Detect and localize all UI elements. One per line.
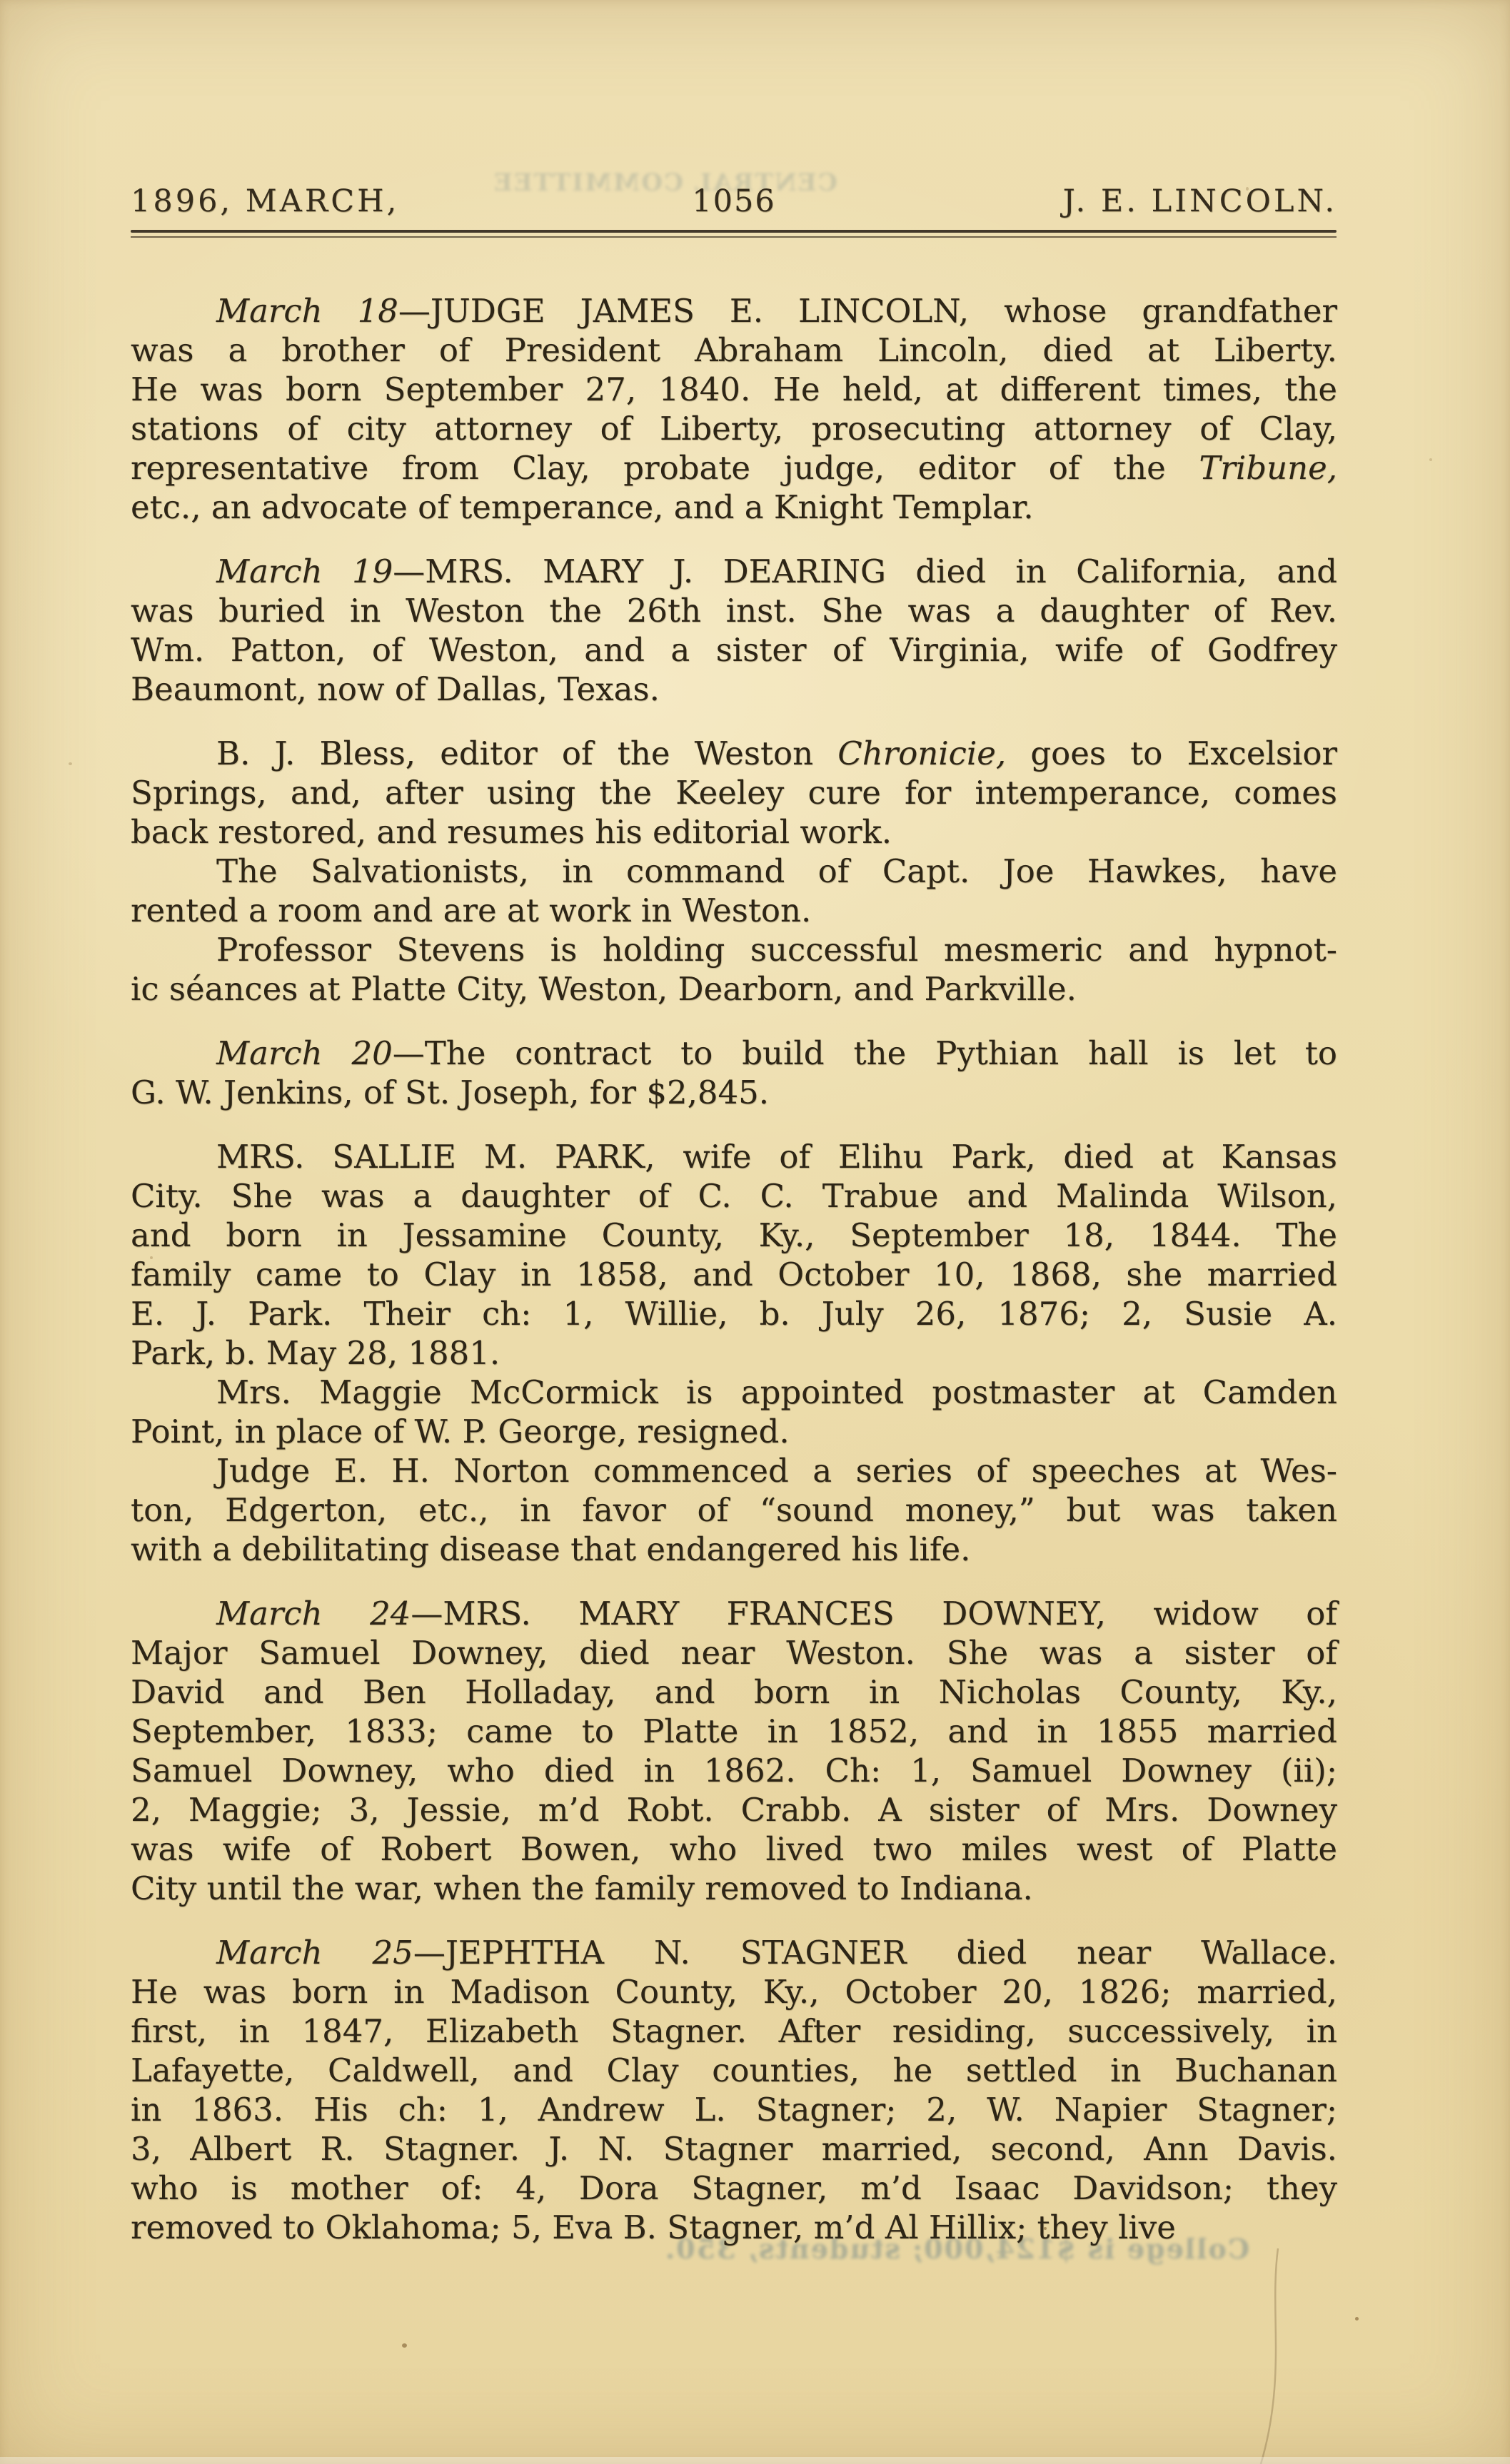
text-line: Point, in place of W. P. George, resigne… — [131, 1412, 1337, 1451]
text-line: Mrs. Maggie McCormick is appointed postm… — [131, 1373, 1337, 1412]
entry-paragraph: B. J. Bless, editor of the Weston Chroni… — [131, 734, 1337, 852]
italic-text: March 25 — [216, 1934, 413, 1971]
text-line: He was born September 27, 1840. He held,… — [131, 370, 1337, 409]
italic-text: March 19 — [216, 552, 393, 590]
text-segment: B. J. Bless, editor of the Weston — [216, 734, 837, 772]
paper-speck — [150, 1256, 153, 1259]
text-segment: —MRS. MARY J. DEARING died in California… — [393, 552, 1337, 590]
text-line: who is mother of: 4, Dora Stagner, m’d I… — [131, 2168, 1337, 2208]
text-line: G. W. Jenkins, of St. Joseph, for $2,845… — [131, 1073, 1337, 1112]
text-line: was wife of Robert Bowen, who lived two … — [131, 1829, 1337, 1869]
text-segment: ton, Edgerton, etc., in favor of “sound … — [131, 1491, 1337, 1529]
text-line: 2, Maggie; 3, Jessie, m’d Robt. Crabb. A… — [131, 1790, 1337, 1829]
text-segment: Point, in place of W. P. George, resigne… — [131, 1413, 790, 1450]
text-segment: Wm. Patton, of Weston, and a sister of V… — [131, 631, 1337, 669]
text-line: and born in Jessamine County, Ky., Septe… — [131, 1216, 1337, 1255]
italic-text: March 20 — [216, 1034, 393, 1072]
text-segment: City until the war, when the family remo… — [131, 1869, 1033, 1907]
entry-paragraph: March 20—The contract to build the Pythi… — [131, 1034, 1337, 1112]
text-segment: E. J. Park. Their ch: 1, Willie, b. July… — [131, 1295, 1337, 1333]
text-line: MRS. SALLIE M. PARK, wife of Elihu Park,… — [131, 1137, 1337, 1176]
header-author-name: J. E. LINCOLN. — [1063, 184, 1337, 218]
header-rule-thin — [131, 236, 1337, 238]
text-line: E. J. Park. Their ch: 1, Willie, b. July… — [131, 1294, 1337, 1333]
entry-paragraph: March 18—JUDGE JAMES E. LINCOLN, whose g… — [131, 291, 1337, 527]
entry-paragraph: The Salvationists, in command of Capt. J… — [131, 852, 1337, 930]
text-segment: —MRS. MARY FRANCES DOWNEY, widow of — [411, 1595, 1337, 1632]
text-segment: He was born in Madison County, Ky., Octo… — [131, 1973, 1337, 2011]
italic-text: Chronicie, — [837, 734, 1006, 772]
text-segment: Lafayette, Caldwell, and Clay counties, … — [131, 2051, 1337, 2089]
entry-paragraph: March 25—JEPHTHA N. STAGNER died near Wa… — [131, 1933, 1337, 2247]
text-line: in 1863. His ch: 1, Andrew L. Stagner; 2… — [131, 2090, 1337, 2129]
text-line: Beaumont, now of Dallas, Texas. — [131, 670, 1337, 709]
text-line: family came to Clay in 1858, and October… — [131, 1255, 1337, 1294]
text-line: March 25—JEPHTHA N. STAGNER died near Wa… — [131, 1933, 1337, 1972]
text-line: representative from Clay, probate judge,… — [131, 448, 1337, 488]
text-segment: MRS. SALLIE M. PARK, wife of Elihu Park,… — [216, 1138, 1337, 1176]
text-segment: September, 1833; came to Platte in 1852,… — [131, 1712, 1337, 1750]
text-segment: was wife of Robert Bowen, who lived two … — [131, 1830, 1337, 1868]
text-line: 3, Albert R. Stagner. J. N. Stagner marr… — [131, 2129, 1337, 2168]
paper-speck — [69, 762, 72, 765]
text-line: first, in 1847, Elizabeth Stagner. After… — [131, 2011, 1337, 2051]
text-line: The Salvationists, in command of Capt. J… — [131, 852, 1337, 891]
text-segment: removed to Oklahoma; 5, Eva B. Stagner, … — [131, 2208, 1176, 2246]
text-line: with a debilitating disease that endange… — [131, 1530, 1337, 1569]
text-line: back restored, and resumes his editorial… — [131, 812, 1337, 852]
text-segment: Samuel Downey, who died in 1862. Ch: 1, … — [131, 1752, 1337, 1789]
text-segment: Judge E. H. Norton commenced a series of… — [216, 1452, 1337, 1490]
text-line: March 18—JUDGE JAMES E. LINCOLN, whose g… — [131, 291, 1337, 330]
text-segment: representative from Clay, probate judge,… — [131, 449, 1199, 487]
italic-text: Tribune, — [1199, 449, 1337, 487]
text-segment: first, in 1847, Elizabeth Stagner. After… — [131, 2012, 1337, 2050]
text-segment: —JEPHTHA N. STAGNER died near Wallace. — [413, 1934, 1337, 1971]
text-line: stations of city attorney of Liberty, pr… — [131, 409, 1337, 448]
text-segment: and born in Jessamine County, Ky., Septe… — [131, 1216, 1337, 1254]
text-line: ton, Edgerton, etc., in favor of “sound … — [131, 1490, 1337, 1530]
text-line: David and Ben Holladay, and born in Nich… — [131, 1672, 1337, 1712]
text-segment: with a debilitating disease that endange… — [131, 1530, 970, 1568]
text-line: City. She was a daughter of C. C. Trabue… — [131, 1176, 1337, 1216]
text-segment: was buried in Weston the 26th inst. She … — [131, 592, 1337, 630]
entry-paragraph: Mrs. Maggie McCormick is appointed postm… — [131, 1373, 1337, 1451]
text-segment: etc., an advocate of temperance, and a K… — [131, 488, 1034, 526]
text-segment: City. She was a daughter of C. C. Trabue… — [131, 1177, 1337, 1215]
text-line: Springs, and, after using the Keeley cur… — [131, 773, 1337, 812]
text-segment: in 1863. His ch: 1, Andrew L. Stagner; 2… — [131, 2091, 1337, 2129]
text-segment: David and Ben Holladay, and born in Nich… — [131, 1673, 1337, 1711]
paper-speck — [402, 2343, 407, 2348]
text-segment: Mrs. Maggie McCormick is appointed postm… — [216, 1373, 1337, 1411]
text-segment: family came to Clay in 1858, and October… — [131, 1256, 1337, 1293]
body-text: March 18—JUDGE JAMES E. LINCOLN, whose g… — [131, 291, 1337, 2247]
entry-paragraph: Professor Stevens is holding successful … — [131, 930, 1337, 1009]
text-segment: ic séances at Platte City, Weston, Dearb… — [131, 970, 1077, 1008]
text-segment: Professor Stevens is holding successful … — [216, 931, 1337, 969]
text-segment: back restored, and resumes his editorial… — [131, 813, 892, 851]
text-line: rented a room and are at work in Weston. — [131, 891, 1337, 930]
italic-text: March 24 — [216, 1595, 411, 1632]
text-line: Major Samuel Downey, died near Weston. S… — [131, 1633, 1337, 1672]
entry-paragraph: MRS. SALLIE M. PARK, wife of Elihu Park,… — [131, 1137, 1337, 1373]
text-line: City until the war, when the family remo… — [131, 1869, 1337, 1908]
text-line: March 19—MRS. MARY J. DEARING died in Ca… — [131, 552, 1337, 591]
text-line: He was born in Madison County, Ky., Octo… — [131, 1972, 1337, 2011]
text-segment: —JUDGE JAMES E. LINCOLN, whose grandfath… — [398, 292, 1337, 330]
header-rule-thick — [131, 230, 1337, 233]
text-segment: The Salvationists, in command of Capt. J… — [216, 852, 1337, 890]
running-header: 1896, MARCH, 1056 J. E. LINCOLN. — [131, 184, 1337, 220]
paper-speck — [300, 1779, 303, 1782]
text-segment: who is mother of: 4, Dora Stagner, m’d I… — [131, 2169, 1337, 2207]
book-page: CENTRAL COMMITTEECollege is $124,000; st… — [0, 0, 1510, 2464]
text-line: March 20—The contract to build the Pythi… — [131, 1034, 1337, 1073]
text-segment: He was born September 27, 1840. He held,… — [131, 370, 1337, 408]
text-line: Park, b. May 28, 1881. — [131, 1333, 1337, 1373]
paper-speck — [1429, 458, 1432, 461]
paper-speck — [1044, 2227, 1047, 2230]
entry-paragraph: March 24—MRS. MARY FRANCES DOWNEY, widow… — [131, 1594, 1337, 1908]
text-line: B. J. Bless, editor of the Weston Chroni… — [131, 734, 1337, 773]
text-line: ic séances at Platte City, Weston, Dearb… — [131, 969, 1337, 1009]
text-line: Judge E. H. Norton commenced a series of… — [131, 1451, 1337, 1490]
text-segment: rented a room and are at work in Weston. — [131, 892, 811, 929]
italic-text: March 18 — [216, 292, 398, 330]
text-segment: was a brother of President Abraham Linco… — [131, 331, 1337, 369]
text-segment: —The contract to build the Pythian hall … — [393, 1034, 1337, 1072]
paper-speck — [1355, 2317, 1359, 2321]
paper-speck — [1246, 187, 1249, 191]
text-line: Professor Stevens is holding successful … — [131, 930, 1337, 969]
text-segment: G. W. Jenkins, of St. Joseph, for $2,845… — [131, 1074, 769, 1111]
entry-paragraph: March 19—MRS. MARY J. DEARING died in Ca… — [131, 552, 1337, 709]
text-segment: 2, Maggie; 3, Jessie, m’d Robt. Crabb. A… — [131, 1791, 1337, 1829]
text-segment: goes to Excelsior — [1006, 734, 1337, 772]
text-segment: 3, Albert R. Stagner. J. N. Stagner marr… — [131, 2130, 1337, 2168]
text-segment: Park, b. May 28, 1881. — [131, 1334, 500, 1372]
text-segment: Major Samuel Downey, died near Weston. S… — [131, 1634, 1337, 1672]
text-line: removed to Oklahoma; 5, Eva B. Stagner, … — [131, 2208, 1337, 2247]
text-line: Samuel Downey, who died in 1862. Ch: 1, … — [131, 1751, 1337, 1790]
text-line: Lafayette, Caldwell, and Clay counties, … — [131, 2051, 1337, 2090]
text-line: Wm. Patton, of Weston, and a sister of V… — [131, 630, 1337, 670]
entry-paragraph: Judge E. H. Norton commenced a series of… — [131, 1451, 1337, 1569]
text-line: March 24—MRS. MARY FRANCES DOWNEY, widow… — [131, 1594, 1337, 1633]
text-segment: Beaumont, now of Dallas, Texas. — [131, 670, 660, 708]
text-line: September, 1833; came to Platte in 1852,… — [131, 1712, 1337, 1751]
text-segment: Springs, and, after using the Keeley cur… — [131, 774, 1337, 812]
text-line: was a brother of President Abraham Linco… — [131, 330, 1337, 370]
scan-edge-highlight — [0, 2457, 1510, 2464]
text-segment: stations of city attorney of Liberty, pr… — [131, 410, 1337, 448]
text-line: was buried in Weston the 26th inst. She … — [131, 591, 1337, 630]
text-line: etc., an advocate of temperance, and a K… — [131, 488, 1337, 527]
